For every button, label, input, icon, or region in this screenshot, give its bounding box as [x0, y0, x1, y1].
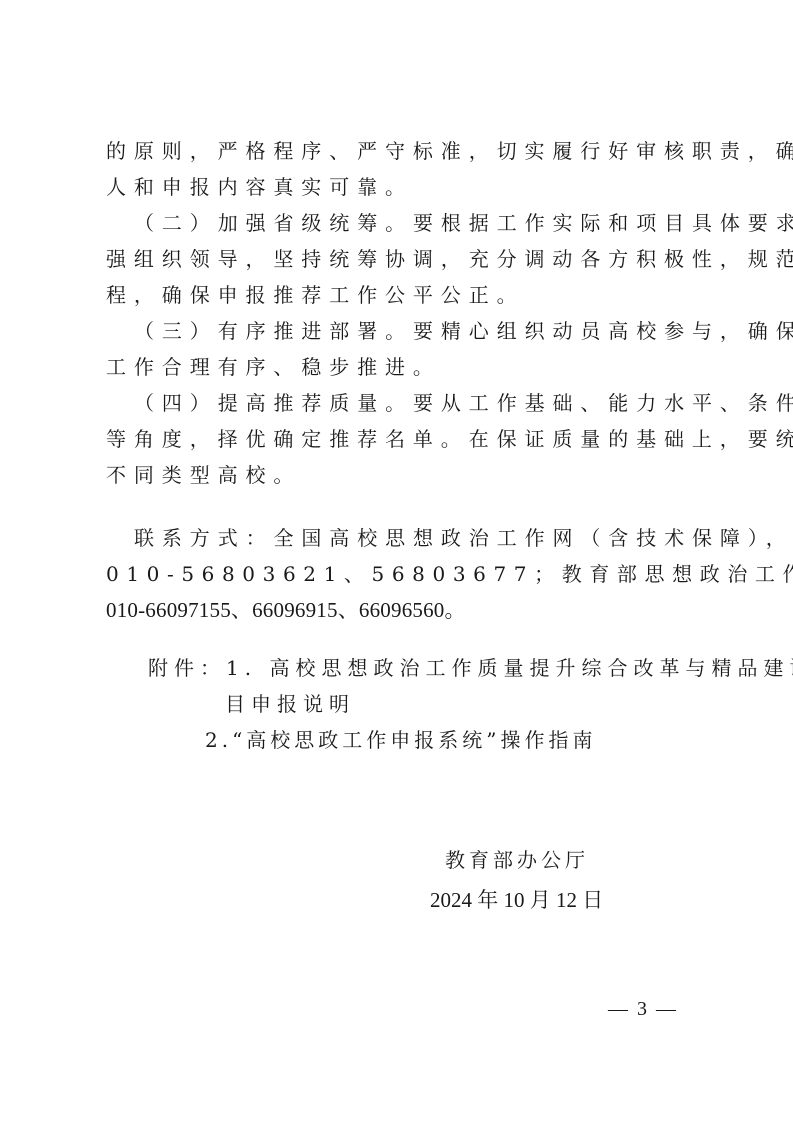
section-heading-line: （四）提高推荐质量。要从工作基础、能力水平、条件保障: [134, 385, 793, 421]
attachment-item-2: 2.“高校思政工作申报系统”操作指南: [205, 722, 597, 758]
contact-line: 联系方式：全国高校思想政治工作网（含技术保障），: [134, 520, 793, 556]
paragraph-line: 工作合理有序、稳步推进。: [106, 349, 441, 385]
issue-date: 2024 年 10 月 12 日: [430, 882, 603, 918]
attachment-item-1: 附件：1. 高校思想政治工作质量提升综合改革与精品建设项: [148, 650, 793, 686]
attachment-item-1-cont: 目申报说明: [225, 686, 355, 722]
contact-line: 010-66097155、66096915、66096560。: [106, 592, 466, 628]
section-heading-line: （二）加强省级统筹。要根据工作实际和项目具体要求，加: [134, 205, 793, 241]
contact-line: 010-56803621、56803677；教育部思想政治工作司，: [106, 556, 793, 592]
paragraph-line: 强组织领导，坚持统筹协调，充分调动各方积极性，规范推荐流: [106, 241, 793, 277]
issuer-signature: 教育部办公厅: [445, 842, 589, 878]
section-heading-line: （三）有序推进部署。要精心组织动员高校参与，确保申报: [134, 313, 793, 349]
paragraph-line: 不同类型高校。: [106, 457, 301, 493]
paragraph-line: 等角度，择优确定推荐名单。在保证质量的基础上，要统筹兼顾: [106, 421, 793, 457]
paragraph-line: 的原则，严格程序、严守标准，切实履行好审核职责，确保申报: [106, 133, 793, 169]
paragraph-line: 程，确保申报推荐工作公平公正。: [106, 277, 525, 313]
paragraph-line: 人和申报内容真实可靠。: [106, 169, 413, 205]
page-number: — 3 —: [608, 998, 678, 1021]
